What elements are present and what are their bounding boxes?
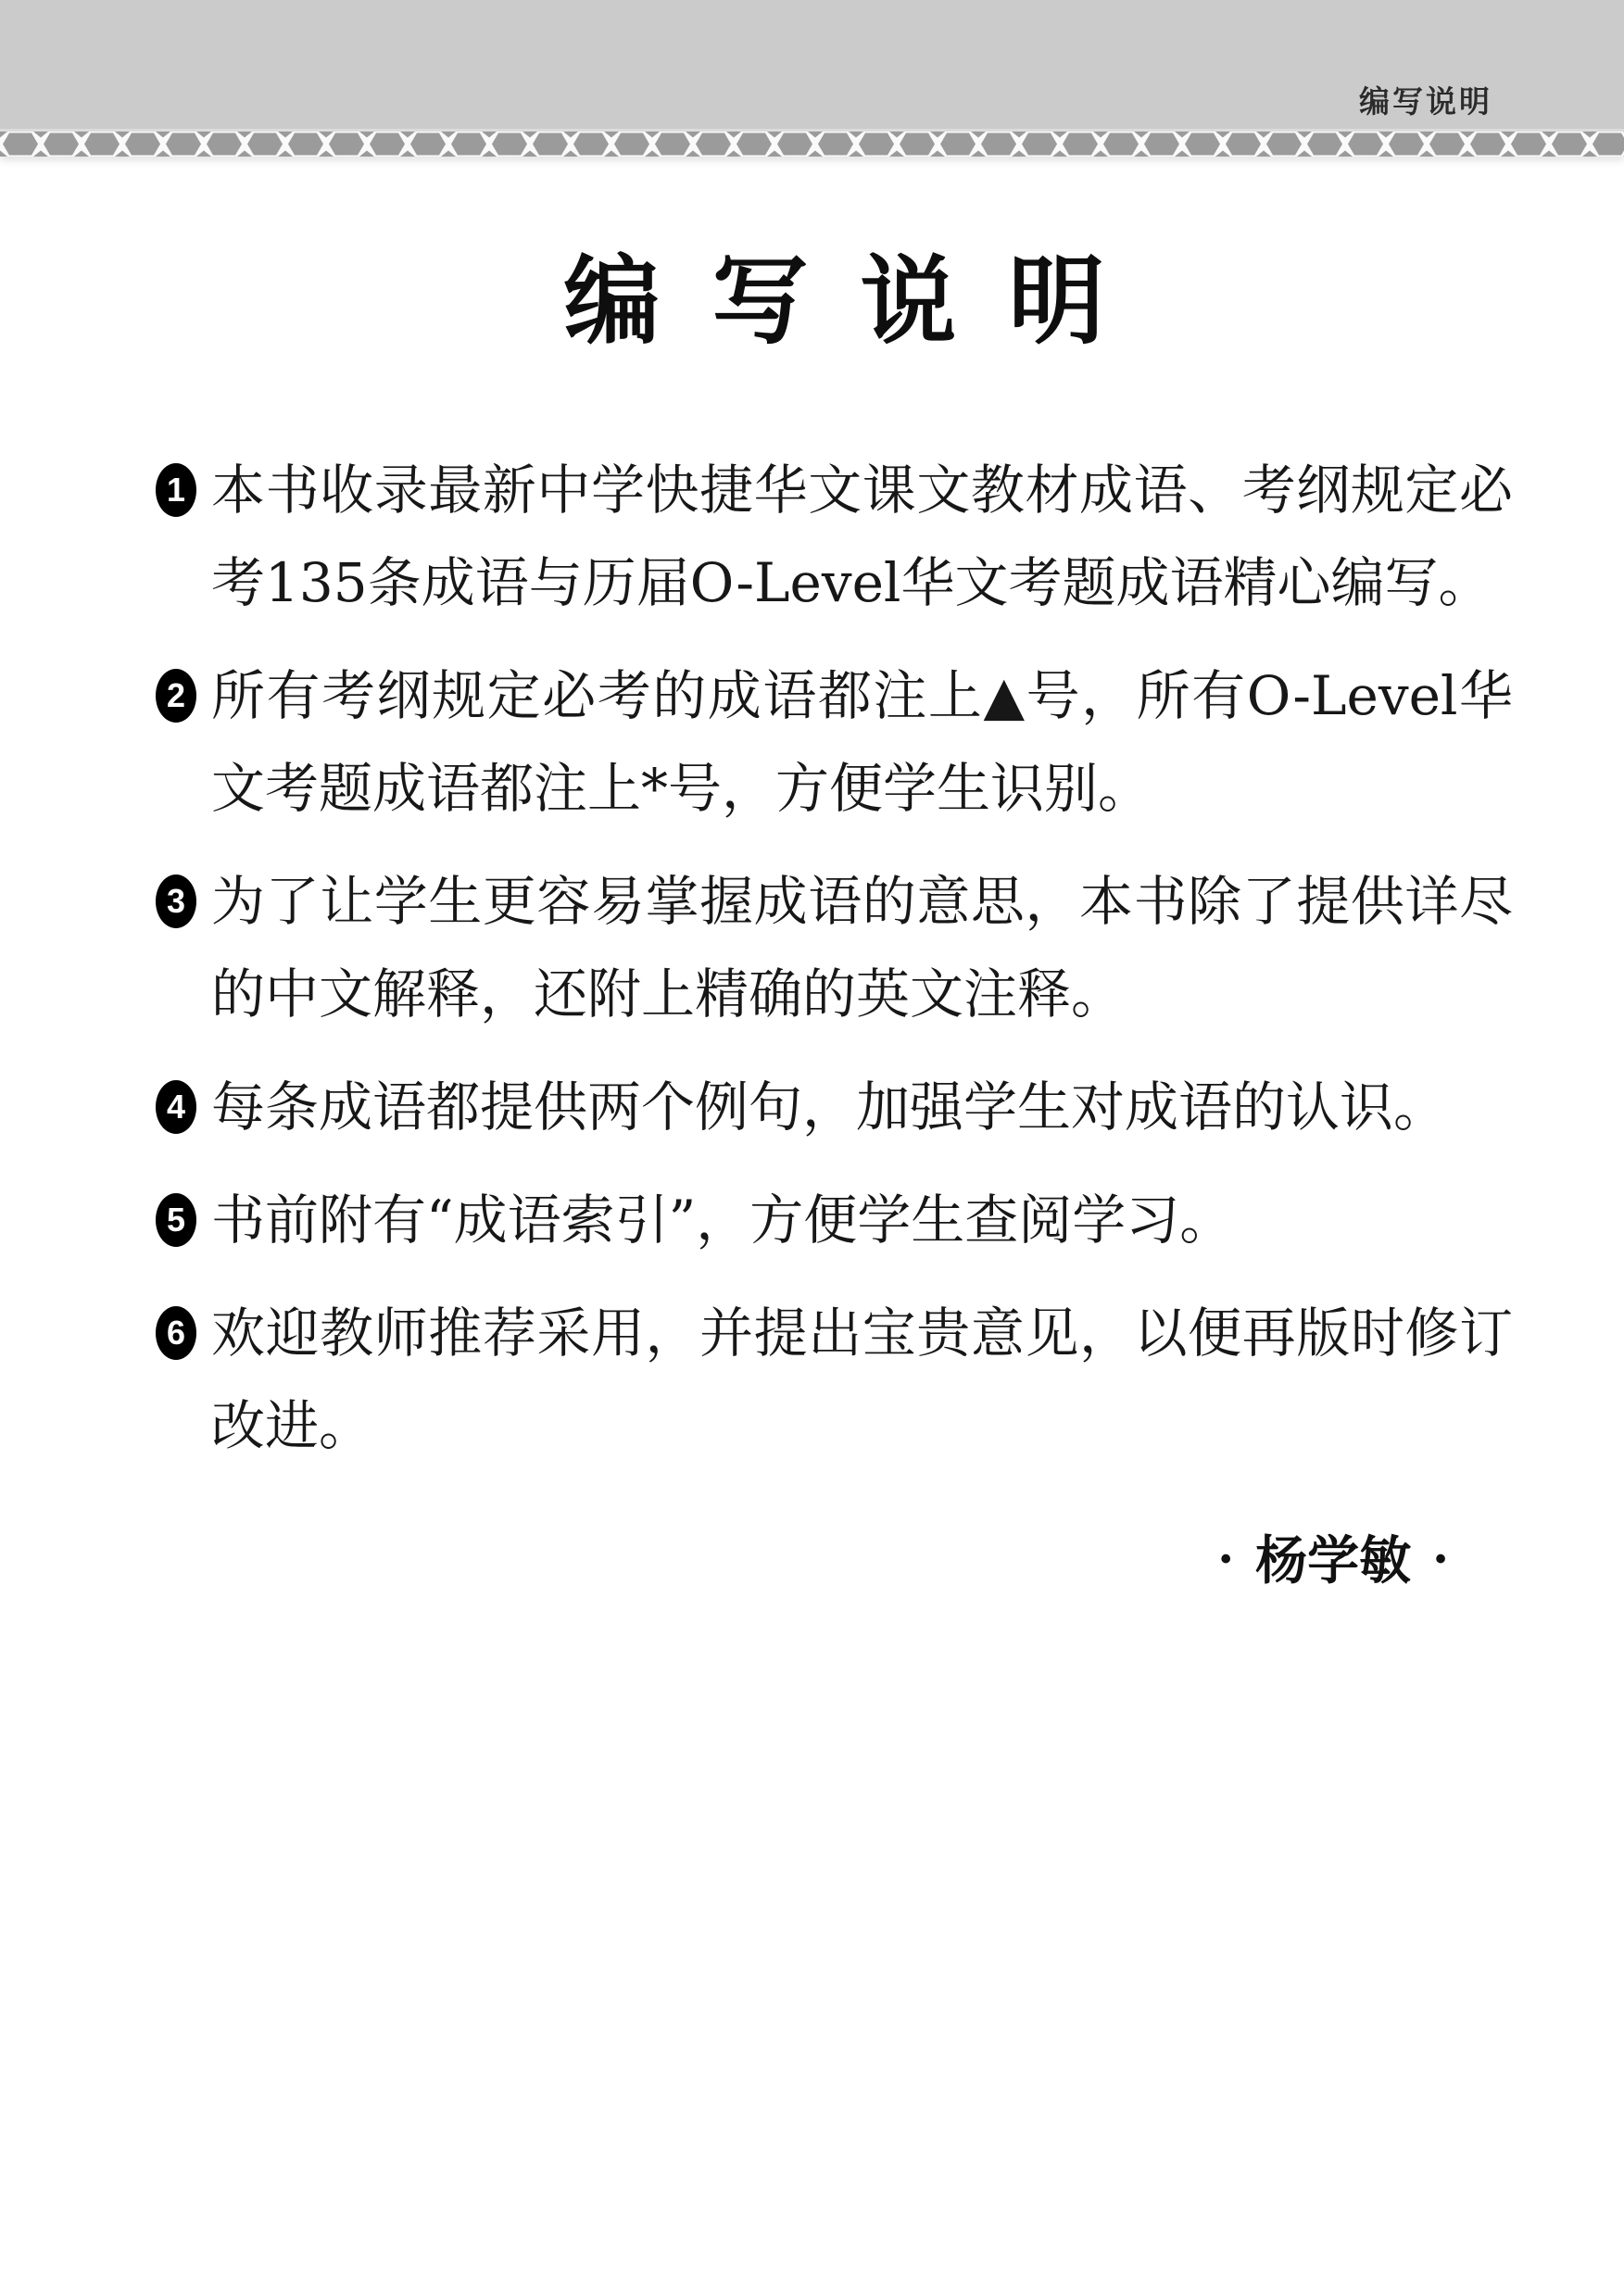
item-number-badge: 6 — [156, 1306, 196, 1360]
instruction-item: 6 欢迎教师推荐采用，并提出宝贵意见，以便再版时修订改进。 — [156, 1287, 1513, 1472]
lattice-border — [0, 129, 1624, 157]
page-header-strip: 编写说明 — [0, 0, 1624, 129]
signature-right-dot: • — [1411, 1541, 1470, 1578]
instruction-item: 3 为了让学生更容易掌握成语的意思，本书除了提供详尽的中文解释，还附上精确的英文… — [156, 855, 1513, 1040]
instruction-item: 2 所有考纲规定必考的成语都注上▲号，所有O-Level华文考题成语都注上*号，… — [156, 649, 1513, 835]
page-title: 编写说明 — [156, 249, 1513, 355]
item-text: 本书收录最新中学快捷华文课文教材成语、考纲规定必考135条成语与历届O-Leve… — [211, 444, 1513, 629]
item-text: 欢迎教师推荐采用，并提出宝贵意见，以便再版时修订改进。 — [211, 1287, 1513, 1472]
item-text: 为了让学生更容易掌握成语的意思，本书除了提供详尽的中文解释，还附上精确的英文注释… — [211, 855, 1513, 1040]
item-number-badge: 1 — [156, 463, 196, 517]
instruction-list: 1 本书收录最新中学快捷华文课文教材成语、考纲规定必考135条成语与历届O-Le… — [156, 444, 1513, 1472]
instruction-item: 5 书前附有“成语索引”，方便学生查阅学习。 — [156, 1174, 1513, 1266]
instruction-item: 4 每条成语都提供两个例句，加强学生对成语的认识。 — [156, 1061, 1513, 1153]
item-number-badge: 5 — [156, 1193, 196, 1247]
item-text: 每条成语都提供两个例句，加强学生对成语的认识。 — [211, 1061, 1513, 1153]
instruction-item: 1 本书收录最新中学快捷华文课文教材成语、考纲规定必考135条成语与历届O-Le… — [156, 444, 1513, 629]
author-name: 杨学敏 — [1255, 1531, 1411, 1590]
item-number-badge: 3 — [156, 874, 196, 928]
item-number-badge: 2 — [156, 669, 196, 723]
content-area: 编写说明 1 本书收录最新中学快捷华文课文教材成语、考纲规定必考135条成语与历… — [0, 249, 1624, 1594]
item-number-badge: 4 — [156, 1080, 196, 1134]
lattice-pattern-svg — [0, 132, 1624, 157]
signature-left-dot: • — [1196, 1541, 1255, 1578]
item-text: 书前附有“成语索引”，方便学生查阅学习。 — [211, 1174, 1513, 1266]
item-text: 所有考纲规定必考的成语都注上▲号，所有O-Level华文考题成语都注上*号，方便… — [211, 649, 1513, 835]
running-head: 编写说明 — [1359, 84, 1492, 119]
book-page: 编写说明 编写说明 1 本书收录最新中学快捷华文课文教材成语、考纲规定必考 — [0, 0, 1624, 2290]
author-signature: •杨学敏• — [156, 1520, 1470, 1594]
